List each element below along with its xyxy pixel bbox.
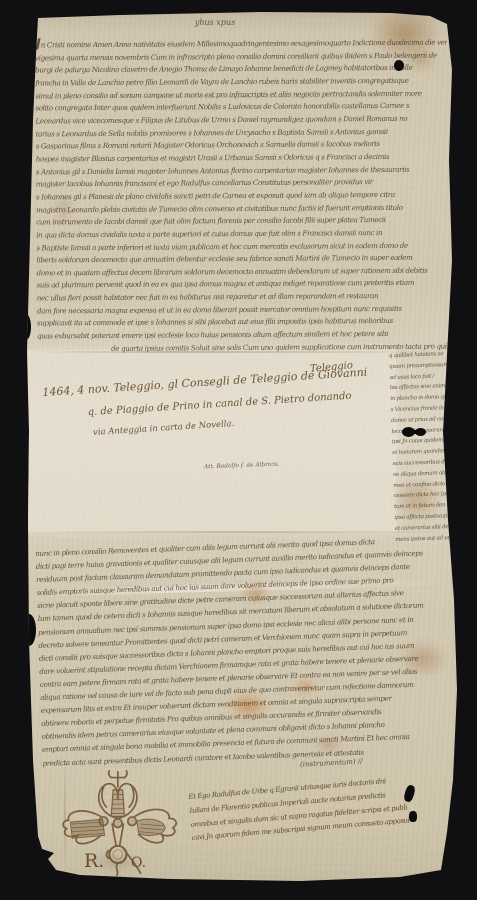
lower-text-block: nunc in pleno consilio Removentes et qua… (35, 532, 461, 769)
ink-blot (409, 811, 417, 822)
edge-hole (21, 314, 31, 340)
notarial-signum-drawing (58, 769, 190, 881)
archival-note-lines: 1464, 4 nov. Teleggio, gl Consegli de Te… (42, 366, 370, 441)
archival-note: Teleggio 1464, 4 nov. Teleggio, gl Conse… (42, 352, 418, 472)
edge-hole (22, 614, 36, 646)
invocation-header: yhus xpus (150, 18, 280, 27)
main-text-block: Jn Cristi nomine Amen Anno nativitatis e… (35, 36, 449, 356)
parchment-sheet: yhus xpus Jn Cristi nomine Amen Anno nat… (0, 0, 477, 900)
fold-crease (28, 531, 452, 533)
signum-initial-r: R. (84, 850, 104, 872)
wormhole (394, 60, 404, 71)
wormhole (409, 430, 419, 434)
signum-initial-o: O. (131, 855, 146, 871)
manuscript-photo: yhus xpus Jn Cristi nomine Amen Anno nat… (0, 0, 477, 900)
